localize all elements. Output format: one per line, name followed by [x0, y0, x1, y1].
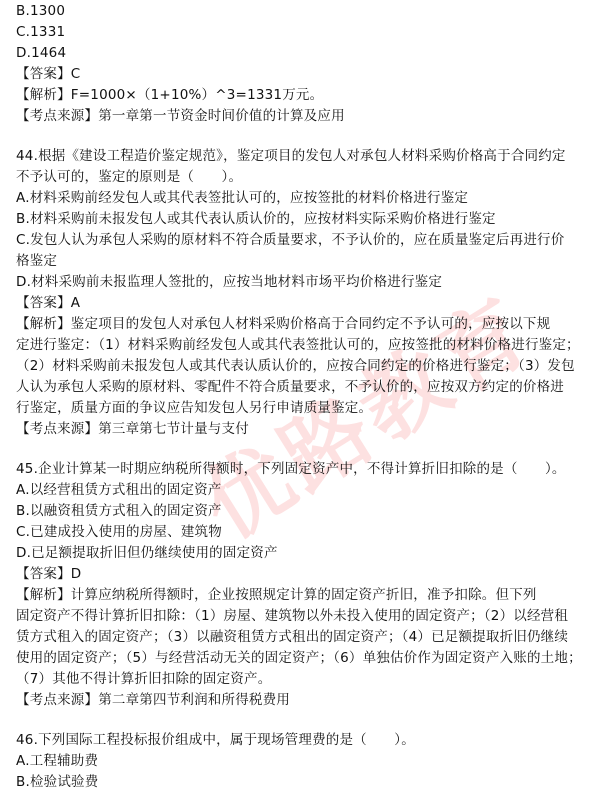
document-line: A.材料采购前经发包人或其代表签批认可的，应按签批的材料价格进行鉴定 — [16, 188, 468, 209]
document-line: 人认为承包人采购的原材料、零配件不符合质量要求，不予认价的，应按双方约定的价格进 — [16, 377, 564, 398]
document-line: 【考点来源】第一章第一节资金时间价值的计算及应用 — [16, 106, 345, 127]
document-line: C.发包人认为承包人采购的原材料不符合质量要求，不予认价的，应在质量鉴定后再进行… — [16, 230, 564, 251]
document-line: 【答案】D — [16, 564, 81, 585]
document-line: A.以经营租赁方式租出的固定资产 — [16, 480, 222, 501]
document-line: 【答案】A — [16, 293, 80, 314]
document-line: 【解析】鉴定项目的发包人对承包人材料采购价格高于合同约定不予认可的，应按以下规 — [16, 314, 550, 335]
document-line: 46.下列国际工程投标报价组成中，属于现场管理费的是（ ）。 — [16, 730, 415, 751]
exam-document-page: 优路教育 B.1300C.1331D.1464【答案】C【解析】F=1000×（… — [0, 0, 600, 790]
document-line: D.材料采购前未报监理人签批的，应按当地材料市场平均价格进行鉴定 — [16, 272, 442, 293]
document-line: 【答案】C — [16, 64, 80, 85]
document-line: B.以融资租赁方式租入的固定资产 — [16, 501, 222, 522]
document-line: A.工程辅助费 — [16, 751, 98, 772]
document-line: （2）材料采购前未报发包人或其代表认质认价的，应按合同约定的价格进行鉴定；（3）… — [16, 356, 575, 377]
document-line: 45.企业计算某一时期应纳税所得额时，下列固定资产中，不得计算折旧扣除的是（ ）… — [16, 459, 566, 480]
document-line: 定进行鉴定：（1）材料采购前经发包人或其代表签批认可的，应按签批的材料价格进行鉴… — [16, 335, 580, 356]
document-line: 赁方式租入的固定资产；（3）以融资租赁方式租出的固定资产；（4）已足额提取折旧仍… — [16, 627, 568, 648]
document-line: C.1331 — [16, 22, 65, 43]
document-line: 固定资产不得计算折旧扣除：（1）房屋、建筑物以外未投入使用的固定资产；（2）以经… — [16, 606, 568, 627]
document-line: B.1300 — [16, 1, 65, 22]
document-line: 使用的固定资产；（5）与经营活动无关的固定资产；（6）单独估价作为固定资产入账的… — [16, 648, 582, 669]
document-line: 44.根据《建设工程造价鉴定规范》，鉴定项目的发包人对承包人材料采购价格高于合同… — [16, 146, 566, 167]
document-line: B.检验试验费 — [16, 772, 98, 790]
document-line: B.材料采购前未报发包人或其代表认质认价的，应按材料实际采购价格进行鉴定 — [16, 209, 496, 230]
document-line: D.已足额提取折旧但仍继续使用的固定资产 — [16, 543, 278, 564]
document-line: 【考点来源】第三章第七节计量与支付 — [16, 419, 249, 440]
document-line: （7）其他不得计算折旧扣除的固定资产。 — [16, 669, 271, 690]
document-line: 不予认可的，鉴定的原则是（ ）。 — [16, 167, 242, 188]
document-line: 【解析】F=1000×（1+10%）^3=1331万元。 — [16, 85, 323, 106]
document-line: 格鉴定 — [16, 251, 57, 272]
document-line: 行鉴定，质量方面的争议应告知发包人另行申请质量鉴定。 — [16, 398, 372, 419]
document-line: 【考点来源】第二章第四节利润和所得税费用 — [16, 690, 290, 711]
document-line: D.1464 — [16, 43, 66, 64]
document-line: C.已建成投入使用的房屋、建筑物 — [16, 522, 222, 543]
document-line: 【解析】计算应纳税所得额时，企业按照规定计算的固定资产折旧，准予扣除。但下列 — [16, 585, 537, 606]
